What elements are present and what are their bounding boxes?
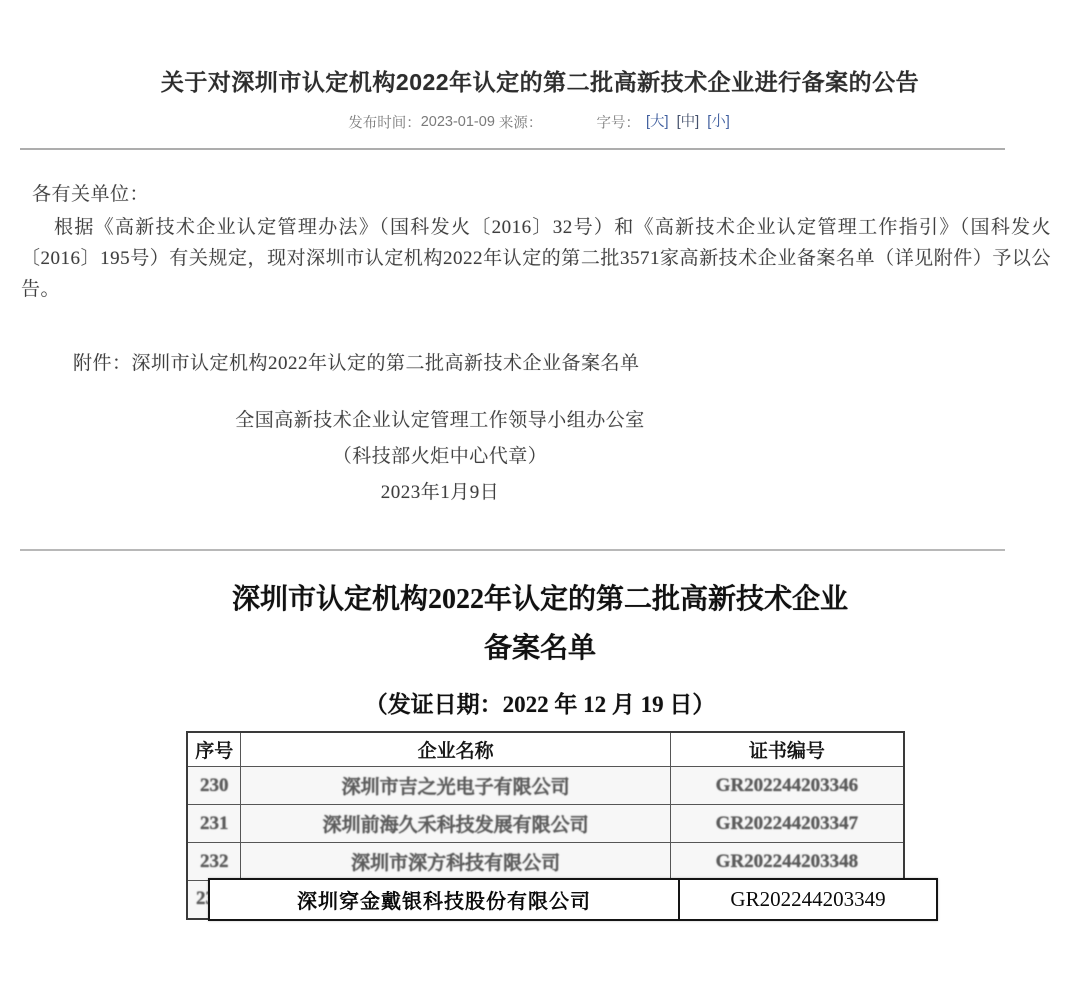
announcement-page: 关于对深圳市认定机构2022年认定的第二批高新技术企业进行备案的公告 发布时间：…	[0, 0, 1080, 998]
issuer-name: 全国高新技术企业认定管理工作领导小组办公室	[0, 403, 880, 439]
highlighted-company-name: 深圳穿金戴银科技股份有限公司	[210, 880, 680, 919]
row-no-cell: 232	[187, 843, 241, 881]
publish-time-label: 发布时间：	[348, 116, 421, 132]
row-no-cell: 230	[187, 767, 241, 805]
highlighted-certificate-number: GR202244203349	[680, 880, 936, 919]
row-no: 232	[200, 851, 229, 872]
fontsize-small-link[interactable]: [小]	[707, 114, 730, 130]
header-divider	[20, 148, 1005, 150]
highlighted-row-overlay: 深圳穿金戴银科技股份有限公司 GR202244203349	[208, 878, 938, 921]
company-name: 深圳市深方科技有限公司	[351, 853, 560, 874]
certificate-number: GR202244203348	[716, 851, 859, 872]
attachment-title-line1: 深圳市认定机构2022年认定的第二批高新技术企业	[0, 575, 1080, 624]
page-title: 关于对深圳市认定机构2022年认定的第二批高新技术企业进行备案的公告	[0, 0, 1080, 97]
header-cell-cert: 证书编号	[670, 732, 904, 767]
row-no-cell: 231	[187, 805, 241, 843]
company-name: 深圳市吉之光电子有限公司	[342, 777, 570, 798]
fontsize-medium-link[interactable]: [中]	[677, 114, 700, 130]
table-row: 232 深圳市深方科技有限公司 GR202244203348	[187, 843, 904, 881]
main-paragraph: 根据《高新技术企业认定管理办法》（国科发火〔2016〕32号）和《高新技术企业认…	[21, 212, 1051, 305]
row-name-cell: 深圳市深方科技有限公司	[241, 843, 670, 881]
publish-time-value: 2023-01-09	[421, 114, 495, 130]
salutation: 各有关单位：	[32, 179, 1052, 210]
attachment-reference-line: 附件：深圳市认定机构2022年认定的第二批高新技术企业备案名单	[73, 348, 1080, 379]
signature-block: 全国高新技术企业认定管理工作领导小组办公室 （科技部火炬中心代章） 2023年1…	[0, 403, 880, 511]
row-no: 230	[200, 775, 229, 796]
row-name-cell: 深圳前海久禾科技发展有限公司	[241, 805, 670, 843]
attachment-title-line2: 备案名单	[0, 624, 1080, 673]
table-row: 231 深圳前海久禾科技发展有限公司 GR202244203347	[187, 805, 904, 843]
issuer-note: （科技部火炬中心代章）	[0, 439, 880, 475]
certificate-number: GR202244203346	[716, 775, 859, 796]
row-cert-cell: GR202244203348	[670, 843, 904, 881]
row-no: 231	[200, 813, 229, 834]
announcement-body: 各有关单位： 根据《高新技术企业认定管理办法》（国科发火〔2016〕32号）和《…	[0, 179, 1080, 511]
row-name-cell: 深圳市吉之光电子有限公司	[241, 767, 670, 805]
fontsize-large-link[interactable]: [大]	[646, 114, 669, 130]
certificate-number: GR202244203347	[716, 813, 859, 834]
meta-bar: 发布时间：2023-01-09 来源： 字号： [大] [中] [小]	[0, 110, 1080, 133]
issue-date: 2023年1月9日	[0, 475, 880, 511]
attachment-title: 深圳市认定机构2022年认定的第二批高新技术企业 备案名单	[0, 575, 1080, 673]
row-cert-cell: GR202244203346	[670, 767, 904, 805]
table-header-row: 序号 企业名称 证书编号	[187, 732, 904, 767]
section-divider	[20, 549, 1005, 551]
company-name: 深圳前海久禾科技发展有限公司	[323, 815, 589, 836]
fontsize-label: 字号：	[596, 116, 640, 132]
certificate-issue-date: （发证日期：2022 年 12 月 19 日）	[0, 686, 1080, 719]
table-row: 230 深圳市吉之光电子有限公司 GR202244203346	[187, 767, 904, 805]
certificate-table-area: 序号 企业名称 证书编号 230 深圳市吉之光电子有限公司 GR20224420…	[186, 731, 930, 920]
source-label: 来源：	[499, 116, 543, 132]
header-cell-no: 序号	[187, 732, 241, 767]
header-cell-name: 企业名称	[241, 732, 670, 767]
row-cert-cell: GR202244203347	[670, 805, 904, 843]
attachment-section: 深圳市认定机构2022年认定的第二批高新技术企业 备案名单 （发证日期：2022…	[0, 575, 1080, 920]
